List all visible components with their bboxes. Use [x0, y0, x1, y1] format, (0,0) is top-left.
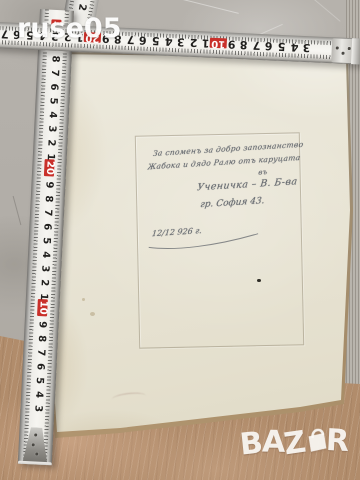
tape-number: 4 [33, 391, 43, 398]
tape-number: 9 [227, 39, 235, 50]
tape-number: 6 [139, 35, 147, 46]
tape-number: 7 [1, 28, 9, 39]
rivet [341, 52, 344, 55]
tape-number: 4 [164, 36, 172, 47]
tape-number: 7 [35, 349, 45, 356]
tape-number: 1 [38, 293, 48, 300]
photo-scene: За споменъ за добро запознанство Жабока … [0, 0, 360, 480]
bazar-letter: A [262, 428, 285, 458]
tape-number: 5 [152, 35, 160, 46]
tape-number: 5 [34, 377, 44, 384]
tape-number: 4 [47, 111, 57, 118]
tape-number: 3 [32, 405, 42, 412]
tape-number: 4 [290, 41, 298, 52]
watermark-uploader: ruse05 [17, 13, 122, 44]
tape-number: 6 [48, 83, 58, 90]
tape-number: 2 [45, 139, 55, 146]
watermark-bazar-logo: B A Z R [240, 426, 349, 460]
tape-number: 3 [177, 36, 185, 47]
tape-number: 3 [303, 42, 311, 53]
ink-speck [257, 279, 261, 282]
tape-number: 5 [47, 97, 57, 104]
tape-number: 7 [252, 40, 260, 51]
tape-number: 6 [41, 223, 51, 230]
paper-stain [90, 312, 95, 316]
tape-number: 2 [38, 279, 48, 286]
tape-number: 3 [39, 265, 49, 272]
tape-number: 7 [42, 209, 52, 216]
tape-number: 8 [240, 39, 248, 50]
tape-hook-flange [351, 35, 360, 65]
note-line-3: въ [258, 168, 268, 177]
rivet [336, 46, 339, 49]
tape-number: 1 [202, 37, 210, 48]
tape-number: 3 [46, 125, 56, 132]
tape-number: 10 [37, 299, 48, 316]
rivet [32, 443, 35, 446]
tape-number: 6 [34, 363, 44, 370]
note-signature: Ученичка – В. Б-ва [197, 176, 298, 193]
tape-number: 20 [44, 159, 55, 176]
tape-number: 2 [189, 37, 197, 48]
tape-number: 9 [36, 321, 46, 328]
tape-number: 6 [265, 40, 273, 51]
tape-number: 5 [41, 237, 51, 244]
tape-number: 8 [43, 195, 53, 202]
note-place-line: гр. София 43. [200, 196, 265, 210]
tape-number: 9 [43, 181, 53, 188]
tape-number: 8 [36, 335, 46, 342]
tape-number: 8 [49, 55, 59, 62]
bazar-letter: B [239, 428, 264, 460]
tape-number: 4 [40, 251, 50, 258]
rivet [34, 433, 37, 436]
bazar-letter: R [325, 426, 349, 457]
tape-number: 10 [210, 38, 227, 49]
tape-number: 1 [45, 153, 55, 160]
handwritten-dedication: За споменъ за добро запознанство Жабока … [145, 135, 327, 265]
tape-number: 7 [126, 34, 134, 45]
tape-number: 2 [76, 3, 87, 12]
tape-number: 7 [49, 69, 59, 76]
paper-stain [82, 298, 85, 301]
tape-number: 5 [278, 41, 286, 52]
rivet [35, 452, 38, 455]
rivet [348, 47, 351, 50]
